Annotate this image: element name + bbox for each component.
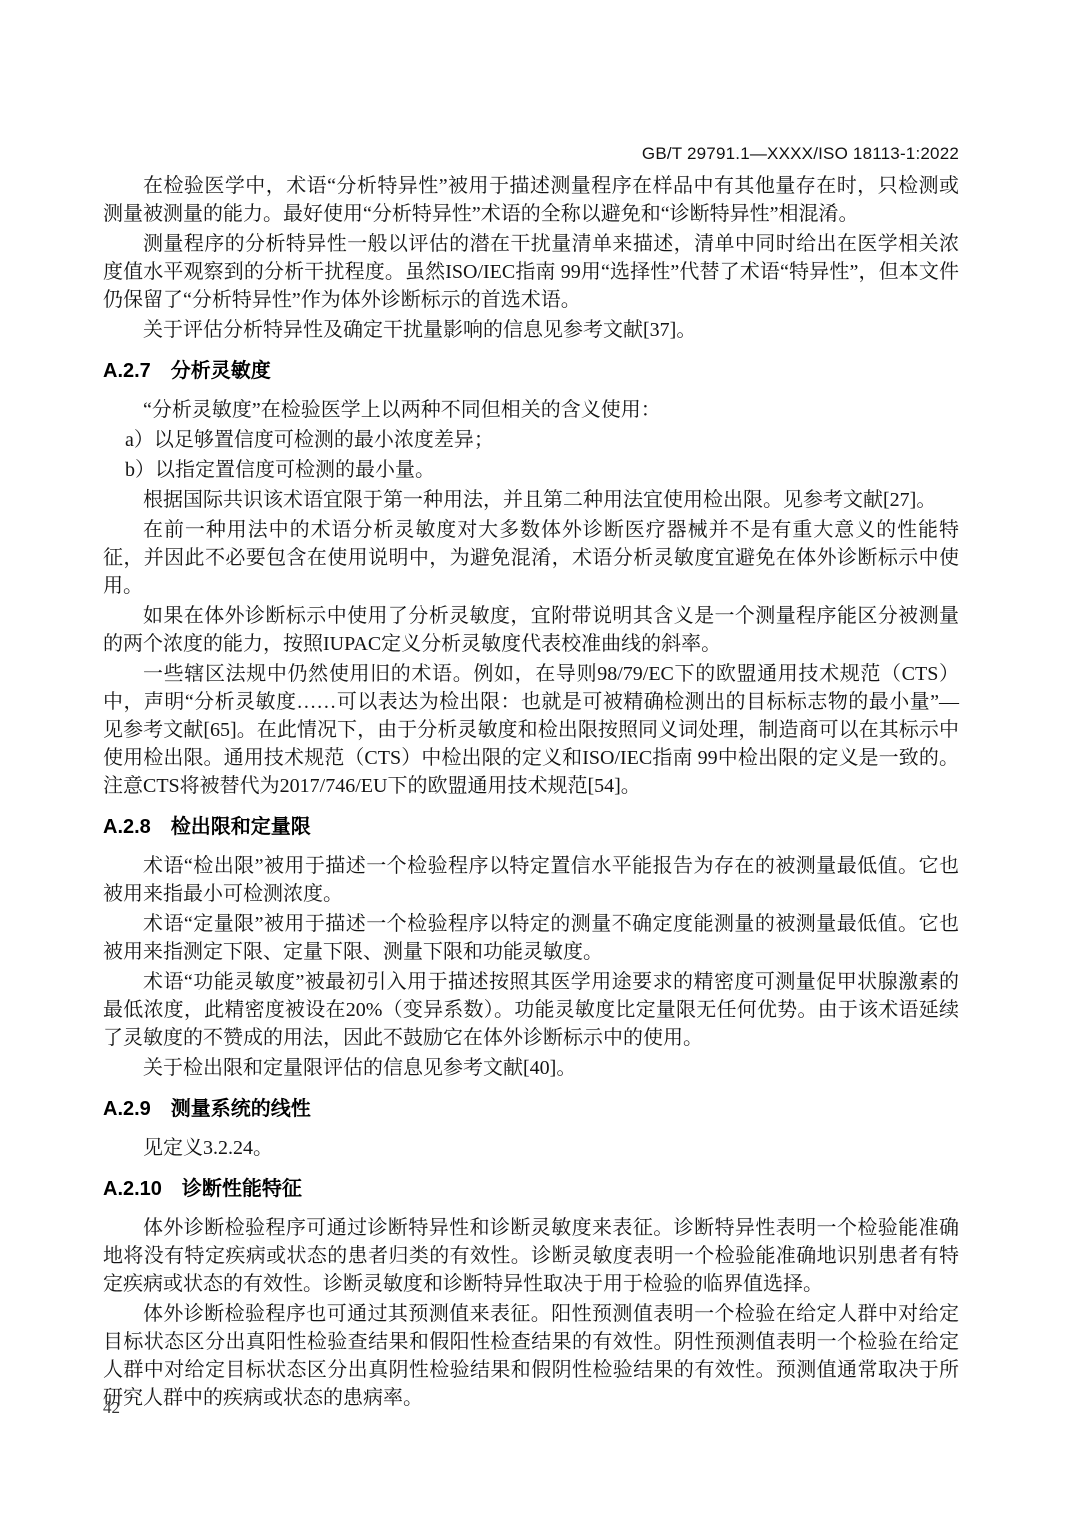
paragraph: 关于检出限和定量限评估的信息见参考文献[40]。 — [103, 1054, 959, 1082]
section-heading-a27: A.2.7 分析灵敏度 — [103, 357, 959, 385]
section-heading-a29: A.2.9 测量系统的线性 — [103, 1095, 959, 1123]
document-page: GB/T 29791.1—XXXX/ISO 18113-1:2022 在检验医学… — [0, 0, 1080, 1527]
list-item-a: a）以足够置信度可检测的最小浓度差异； — [103, 426, 959, 454]
page-header: GB/T 29791.1—XXXX/ISO 18113-1:2022 — [103, 144, 959, 164]
paragraph: 术语“检出限”被用于描述一个检验程序以特定置信水平能报告为存在的被测量最低值。它… — [103, 852, 959, 908]
doc-number: GB/T 29791.1—XXXX/ISO 18113-1:2022 — [642, 144, 959, 163]
paragraph: “分析灵敏度”在检验医学上以两种不同但相关的含义使用： — [103, 396, 959, 424]
paragraph: 术语“功能灵敏度”被最初引入用于描述按照其医学用途要求的精密度可测量促甲状腺激素… — [103, 968, 959, 1052]
paragraph: 在前一种用法中的术语分析灵敏度对大多数体外诊断医疗器械并不是有重大意义的性能特征… — [103, 516, 959, 600]
section-heading-a210: A.2.10 诊断性能特征 — [103, 1175, 959, 1203]
list-item-b: b）以指定置信度可检测的最小量。 — [103, 456, 959, 484]
paragraph: 体外诊断检验程序可通过诊断特异性和诊断灵敏度来表征。诊断特异性表明一个检验能准确… — [103, 1214, 959, 1298]
paragraph: 在检验医学中，术语“分析特异性”被用于描述测量程序在样品中有其他量存在时，只检测… — [103, 172, 959, 228]
section-heading-a28: A.2.8 检出限和定量限 — [103, 813, 959, 841]
paragraph: 测量程序的分析特异性一般以评估的潜在干扰量清单来描述，清单中同时给出在医学相关浓… — [103, 230, 959, 314]
page-number: 42 — [103, 1398, 120, 1418]
paragraph: 关于评估分析特异性及确定干扰量影响的信息见参考文献[37]。 — [103, 316, 959, 344]
paragraph: 见定义3.2.24。 — [103, 1134, 959, 1162]
paragraph: 根据国际共识该术语宜限于第一种用法，并且第二种用法宜使用检出限。见参考文献[27… — [103, 486, 959, 514]
paragraph: 如果在体外诊断标示中使用了分析灵敏度，宜附带说明其含义是一个测量程序能区分被测量… — [103, 602, 959, 658]
page-content: GB/T 29791.1—XXXX/ISO 18113-1:2022 在检验医学… — [103, 144, 959, 1414]
paragraph: 体外诊断检验程序也可通过其预测值来表征。阳性预测值表明一个检验在给定人群中对给定… — [103, 1300, 959, 1412]
paragraph: 一些辖区法规中仍然使用旧的术语。例如，在导则98/79/EC下的欧盟通用技术规范… — [103, 660, 959, 800]
paragraph: 术语“定量限”被用于描述一个检验程序以特定的测量不确定度能测量的被测量最低值。它… — [103, 910, 959, 966]
